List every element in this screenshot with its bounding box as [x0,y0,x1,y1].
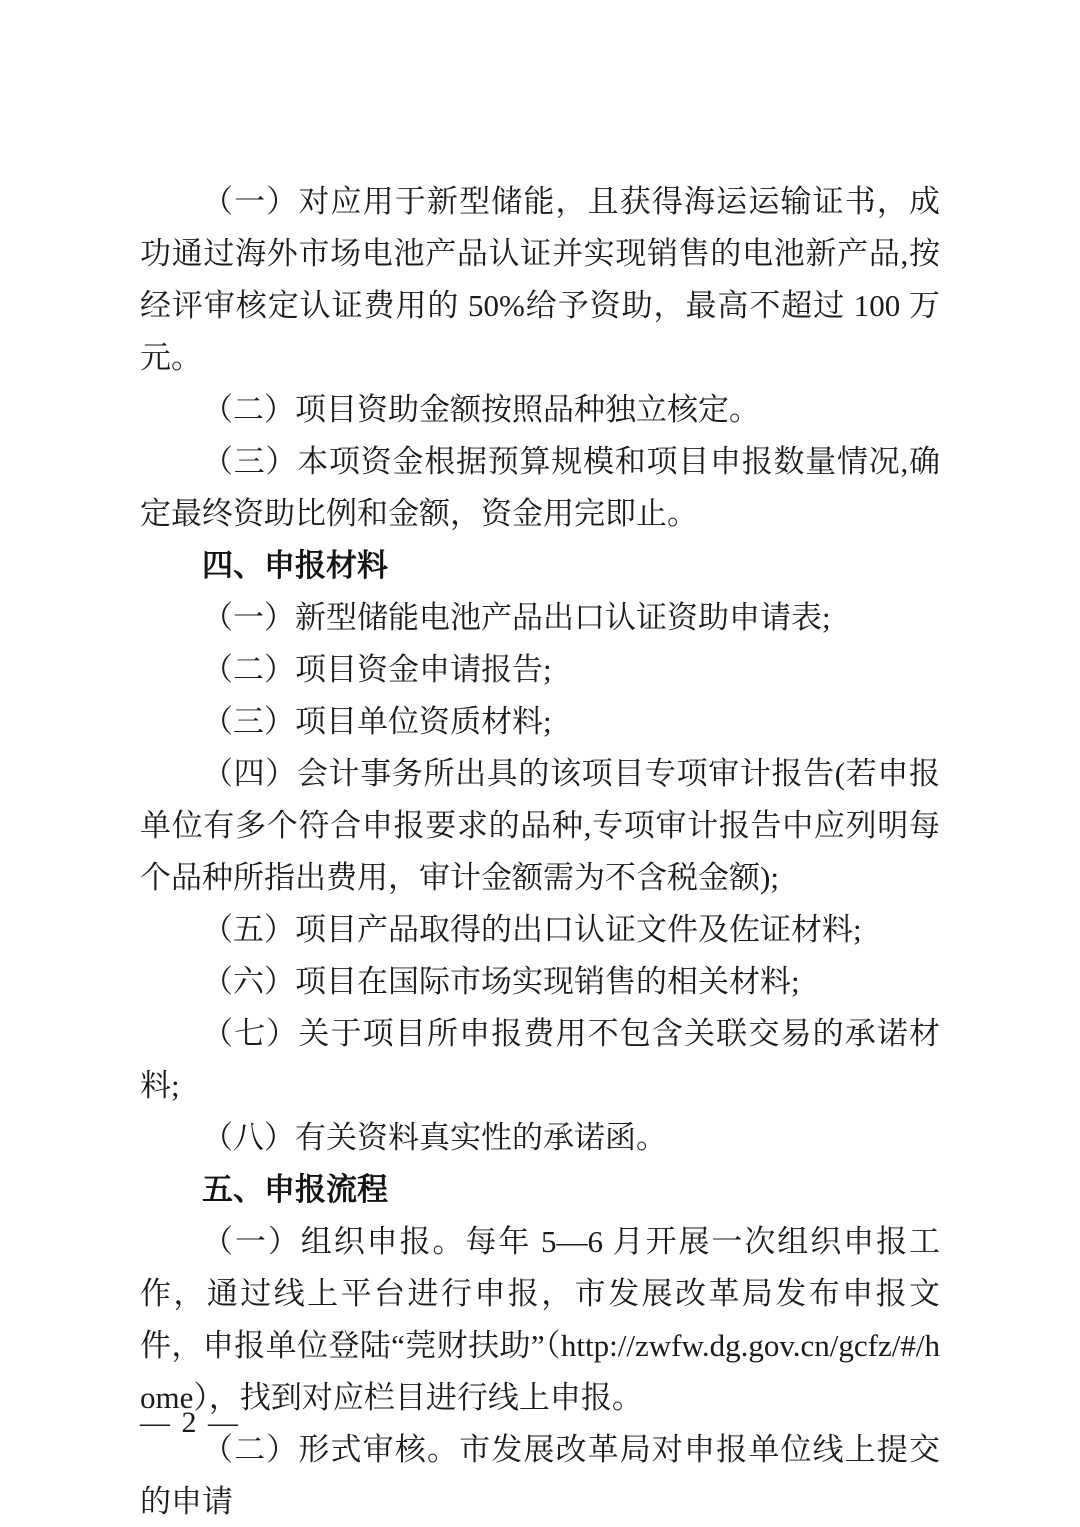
paragraph: （一）新型储能电池产品出口认证资助申请表; [140,592,940,644]
paragraph: （二）形式审核。市发展改革局对申报单位线上提交的申请 [140,1424,940,1527]
paragraph: （四）会计事务所出具的该项目专项审计报告(若申报单位有多个符合申报要求的品种,专… [140,748,940,904]
paragraph: （五）项目产品取得的出口认证文件及佐证材料; [140,904,940,956]
paragraph: （七）关于项目所申报费用不包含关联交易的承诺材料; [140,1008,940,1112]
document-content: （一）对应用于新型储能，且获得海运运输证书，成功通过海外市场电池产品认证并实现销… [140,176,940,1527]
document-page: （一）对应用于新型储能，且获得海运运输证书，成功通过海外市场电池产品认证并实现销… [0,0,1080,1527]
paragraph: （二）项目资金申请报告; [140,644,940,696]
page-number: — 2 — [140,1405,240,1441]
section-heading: 四、申报材料 [140,540,940,592]
paragraph: （六）项目在国际市场实现销售的相关材料; [140,956,940,1008]
paragraph: （三）项目单位资质材料; [140,696,940,748]
paragraph: （三）本项资金根据预算规模和项目申报数量情况,确定最终资助比例和金额，资金用完即… [140,436,940,540]
paragraph: （二）项目资助金额按照品种独立核定。 [140,384,940,436]
paragraph: （八）有关资料真实性的承诺函。 [140,1112,940,1164]
paragraph: （一）对应用于新型储能，且获得海运运输证书，成功通过海外市场电池产品认证并实现销… [140,176,940,384]
paragraph: （一）组织申报。每年 5—6 月开展一次组织申报工作，通过线上平台进行申报，市发… [140,1216,940,1424]
section-heading: 五、申报流程 [140,1164,940,1216]
